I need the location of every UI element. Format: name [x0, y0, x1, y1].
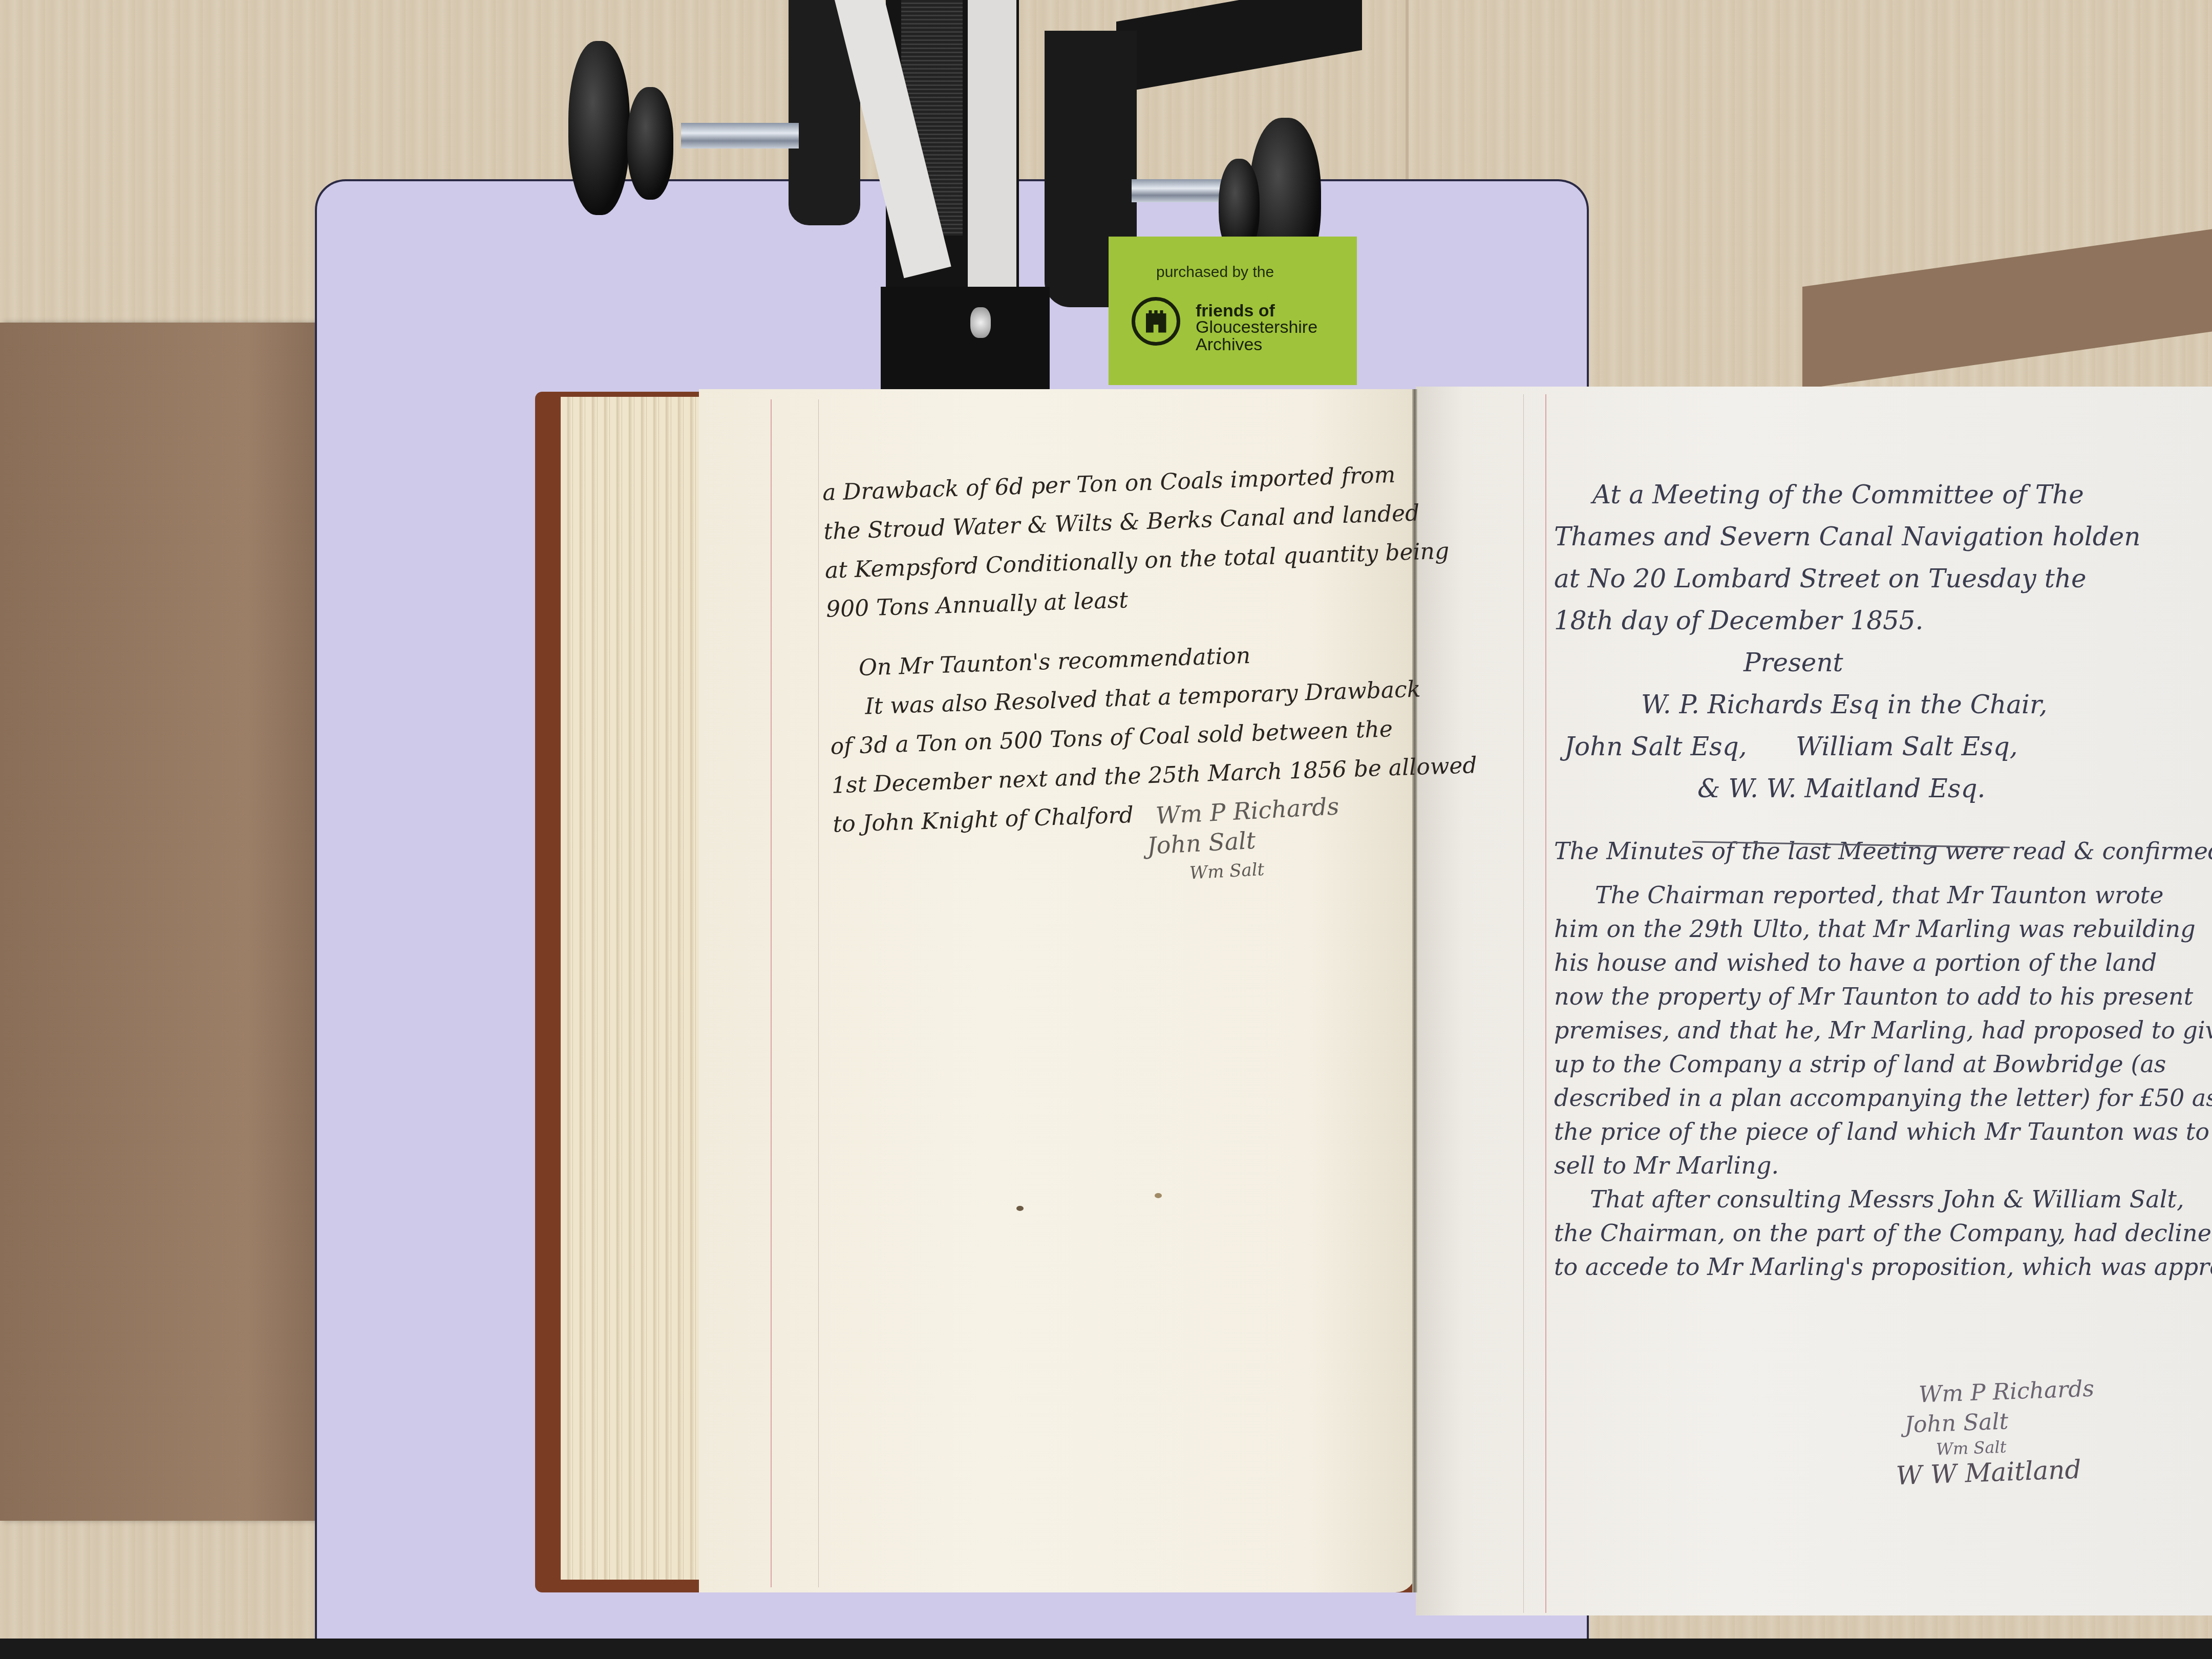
knob-left-icon[interactable] — [568, 41, 630, 215]
castle-icon — [1146, 310, 1166, 333]
floor-shadow — [0, 1639, 2212, 1659]
heading-line: At a Meeting of the Committee of The — [1554, 474, 2212, 516]
label-purchased: purchased by the — [1156, 264, 1274, 281]
stand-base-plate — [881, 287, 1050, 389]
ink-spot — [1016, 1206, 1024, 1211]
left-margin-rule-2 — [818, 399, 819, 1587]
report-line: premises, and that he, Mr Marling, had p… — [1554, 1013, 2212, 1047]
consult-line: That after consulting Messrs John & Will… — [1554, 1182, 2212, 1216]
label-org-name: Gloucestershire Archives — [1196, 318, 1317, 353]
attendee-line: John Salt Esq, William Salt Esq, — [1554, 726, 2212, 768]
report-line: up to the Company a strip of land at Bow… — [1554, 1047, 2212, 1081]
knob-left-collar — [627, 87, 673, 200]
bolt-icon — [970, 307, 991, 338]
brown-folder-left — [0, 323, 353, 1521]
label-archives: Archives — [1196, 336, 1317, 353]
right-page-text: At a Meeting of the Committee of The Tha… — [1554, 474, 2212, 1284]
report-line: him on the 29th Ulto, that Mr Marling wa… — [1554, 912, 2212, 946]
heading-line: at No 20 Lombard Street on Tuesday the — [1554, 558, 2212, 600]
report-line: sell to Mr Marling. — [1554, 1148, 2212, 1182]
right-margin-rule — [1545, 394, 1546, 1613]
attendee-line: & W. W. Maitland Esq. — [1554, 768, 2212, 810]
stand-rail-right — [968, 0, 1016, 287]
label-gloucestershire: Gloucestershire — [1196, 318, 1317, 336]
left-margin-rule — [771, 399, 772, 1587]
report-line: The Chairman reported, that Mr Taunton w… — [1554, 878, 2212, 912]
brown-folder-right — [1802, 229, 2212, 389]
consult-line: to accede to Mr Marling's proposition, w… — [1554, 1250, 2212, 1284]
foxing-spot — [1155, 1193, 1162, 1198]
present-title: Present — [1554, 642, 2212, 684]
report-line: described in a plan accompanying the let… — [1554, 1081, 2212, 1115]
minutes-line: The Minutes of the last Meeting were rea… — [1554, 830, 2212, 872]
left-page-text: a Drawback of 6d per Ton on Coals import… — [822, 453, 1479, 844]
report-line: now the property of Mr Taunton to add to… — [1554, 980, 2212, 1013]
consult-line: the Chairman, on the part of the Company… — [1554, 1216, 2212, 1250]
stand-head — [1116, 0, 1362, 93]
heading-line: Thames and Severn Canal Navigation holde… — [1554, 516, 2212, 558]
threaded-rod-left — [681, 123, 799, 148]
page-edges — [561, 397, 706, 1580]
attendee-line: W. P. Richards Esq in the Chair, — [1554, 684, 2212, 726]
left-signatures: Wm P Richards John Salt Wm Salt — [1145, 791, 1343, 890]
heading-line: 18th day of December 1855. — [1554, 600, 2212, 642]
report-line: his house and wished to have a portion o… — [1554, 946, 2212, 980]
right-signatures: Wm P Richards John Salt Wm Salt W W Mait… — [1903, 1374, 2097, 1491]
right-margin-rule-outer — [1523, 394, 1524, 1613]
castle-seal-icon — [1132, 297, 1180, 346]
table-seam — [1406, 0, 1409, 195]
report-line: the price of the piece of land which Mr … — [1554, 1115, 2212, 1148]
